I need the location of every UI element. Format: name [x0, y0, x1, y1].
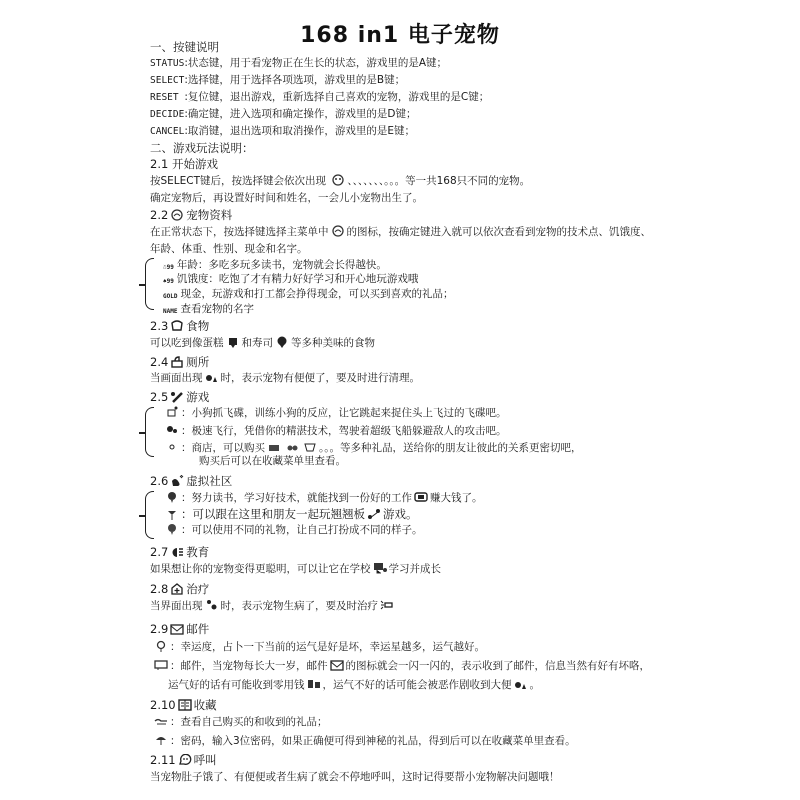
s28-text-a: 当界面出现 — [150, 600, 203, 612]
poop-icon — [514, 678, 528, 690]
section2-heading: 二、游戏玩法说明： — [150, 141, 254, 155]
s24-heading: 2.4厕所 — [150, 355, 209, 369]
s210-heading: 2.10收藏 — [150, 698, 217, 712]
mail-text: ，运气不好的话可能会被恶作剧收到大便 — [323, 679, 512, 691]
s23-text-a: 可以吃到像蛋糕 — [150, 337, 224, 349]
game-text: ：商店，可以购买 — [181, 442, 265, 454]
s211-num: 2.11 — [150, 753, 176, 767]
gift-icon — [303, 441, 317, 453]
mail-icon — [330, 659, 344, 671]
s28-text-b: 时，表示宠物生病了，要及时治疗 — [221, 600, 379, 612]
stat-item-gold: GOLD现金，玩游戏和打工都会挣得现金，可以买到喜欢的礼品； — [163, 287, 453, 301]
s22-line2: 年龄、体重、性别、现金和名字。 — [150, 242, 308, 256]
collection-item-gifts: ：查看自己购买的和收到的礼品； — [152, 715, 328, 729]
seesaw-icon — [367, 508, 381, 520]
collection-text: ：密码，输入3位密码，如果正确便可得到神秘的礼品，得到后可以在收藏菜单里查看。 — [170, 735, 576, 747]
s28-title: 治疗 — [186, 582, 209, 596]
key-row-cancel: CANCEL:取消键，退出选项和取消操作，游戏里的是E键； — [150, 124, 415, 139]
name-icon: NAME — [163, 309, 177, 315]
spaceship-icon — [165, 424, 179, 436]
sushi-icon — [275, 336, 289, 348]
s26-title: 虚拟社区 — [186, 474, 232, 488]
page-title: 168 in1 电子宠物 — [0, 18, 800, 49]
stat-text: 现金，玩游戏和打工都会挣得现金，可以买到喜欢的礼品； — [180, 288, 453, 300]
s27-title: 教育 — [186, 545, 209, 559]
stat-text: 查看宠物的名字 — [180, 303, 254, 315]
age-icon: ☃99 — [163, 265, 174, 271]
s23-title: 食物 — [186, 319, 209, 333]
shop-icon — [165, 441, 179, 453]
s23-line: 可以吃到像蛋糕和寿司等多种美味的食物 — [150, 336, 375, 350]
s22-title: 宠物资料 — [186, 208, 232, 222]
collection-item-password: ：密码，输入3位密码，如果正确便可得到神秘的礼品，得到后可以在收藏菜单里查看。 — [152, 734, 576, 748]
key-row-decide: DECIDE:确定键，进入选项和确定操作，游戏里的是D键； — [150, 107, 416, 122]
community-text: 赚大钱了。 — [430, 492, 483, 504]
key-name: SELECT — [150, 75, 184, 86]
s24-num: 2.4 — [150, 355, 168, 369]
s28-heading: 2.8治疗 — [150, 582, 209, 596]
section1-heading-text: 一、按键说明 — [150, 40, 219, 54]
school-icon — [373, 562, 387, 574]
gift-box-icon — [154, 715, 168, 727]
community-item-seesaw: ：可以跟在这里和朋友一起玩翘翘板游戏。 — [163, 507, 418, 521]
stat-text: 饥饿度：吃饱了才有精力好好学习和开心地玩游戏哦 — [177, 273, 419, 285]
s26-heading: 2.6虚拟社区 — [150, 474, 232, 488]
key-desc: :取消键，退出选项和取消操作，游戏里的是E键； — [184, 125, 415, 137]
mail-text: ：邮件，当宠物每长大一岁，邮件 — [170, 660, 328, 672]
game-text: ：极速飞行，凭借你的精湛技术，驾驶着超级飞船躲避敌人的攻击吧。 — [181, 425, 507, 437]
stat-item-name: NAME查看宠物的名字 — [163, 302, 254, 316]
s22-num: 2.2 — [150, 208, 168, 222]
s22-heading: 2.2宠物资料 — [150, 208, 232, 222]
brace — [145, 407, 154, 457]
stat-text: 年龄：多吃多玩多读书，宠物就会长得越快。 — [177, 259, 387, 271]
pet-list-text: 、、、、、、、。。。等一共168只不同的宠物。 — [347, 175, 530, 187]
s23-text-b: 和寿司 — [242, 337, 274, 349]
dressup-icon — [165, 523, 179, 535]
key-row-reset: RESET :复位键，退出游戏，重新选择自己喜欢的宠物，游戏里的是C键； — [150, 90, 489, 105]
s210-num: 2.10 — [150, 698, 176, 712]
s24-text-b: 时，表示宠物有便便了，要及时进行清理。 — [221, 372, 421, 384]
key-row-status: STATUS:状态键，用于看宠物正在生长的状态，游戏里的是A键； — [150, 56, 447, 71]
medical-icon — [170, 583, 184, 595]
community-text: ：可以使用不同的礼物，让自己打扮成不同的样子。 — [181, 524, 423, 536]
collection-icon — [178, 699, 192, 711]
manual-page: 168 in1 电子宠物 一、按键说明 STATUS:状态键，用于看宠物正在生长… — [0, 0, 800, 800]
s29-num: 2.9 — [150, 622, 168, 636]
s211-title: 呼叫 — [194, 753, 217, 767]
gift-icon — [267, 441, 281, 453]
game-text: ：小狗抓飞碟，训练小狗的反应，让它跳起来捉住头上飞过的飞碟吧。 — [181, 407, 507, 419]
mail-text: 运气好的话有可能收到零用钱 — [168, 679, 305, 691]
game-text: 。。。等多种礼品，送给你的朋友让彼此的关系更密切吧， — [319, 442, 582, 454]
s29-title: 邮件 — [186, 622, 209, 636]
s25-title: 游戏 — [186, 390, 209, 404]
key-desc: :确定键，进入选项和确定操作，游戏里的是D键； — [184, 108, 416, 120]
call-icon — [178, 754, 192, 766]
community-text: 游戏。 — [383, 507, 418, 521]
luck-icon — [154, 640, 168, 652]
s22-text-b: 的图标，按确定键进入就可以依次查看到宠物的技术点、饥饿度、 — [347, 226, 652, 238]
s24-line: 当画面出现时，表示宠物有便便了，要及时进行清理。 — [150, 371, 420, 385]
sick-icon — [205, 599, 219, 611]
s23-heading: 2.3食物 — [150, 319, 209, 333]
s25-num: 2.5 — [150, 390, 168, 404]
poop-icon — [205, 371, 219, 383]
mail-text: ：幸运度，占卜一下当前的运气是好是坏，幸运星越多，运气越好。 — [170, 641, 485, 653]
pet-icon — [331, 174, 345, 186]
s23-text-c: 等多种美味的食物 — [291, 337, 375, 349]
game-item-shop-cont: 购买后可以在收藏菜单里查看。 — [199, 454, 346, 468]
section1-heading: 一、按键说明 — [150, 40, 219, 54]
key-desc: :选择键，用于选择各项选项，游戏里的是B键； — [184, 74, 405, 86]
syringe-icon — [380, 599, 394, 611]
community-item-work: ：努力读书，学习好技术，就能找到一份好的工作赚大钱了。 — [163, 491, 483, 505]
s26-num: 2.6 — [150, 474, 168, 488]
password-icon — [154, 734, 168, 746]
money-icon — [307, 678, 321, 690]
collection-text: ：查看自己购买的和收到的礼品； — [170, 716, 328, 728]
mail-item-mail-cont: 运气好的话有可能收到零用钱，运气不好的话可能会被恶作剧收到大便。 — [168, 678, 540, 692]
study-icon — [165, 491, 179, 503]
s22-text-a: 在正常状态下，按选择键选择主菜单中 — [150, 226, 329, 238]
s24-text-a: 当画面出现 — [150, 372, 203, 384]
key-row-select: SELECT:选择键，用于选择各项选项，游戏里的是B键； — [150, 73, 405, 88]
community-text: ：努力读书，学习好技术，就能找到一份好的工作 — [181, 492, 412, 504]
s21-line2: 确定宠物后，再设置好时间和姓名，一会儿小宠物出生了。 — [150, 191, 423, 205]
game-item-dog: ：小狗抓飞碟，训练小狗的反应，让它跳起来捉住头上飞过的飞碟吧。 — [163, 406, 507, 420]
s22-line1: 在正常状态下，按选择键选择主菜单中的图标，按确定键进入就可以依次查看到宠物的技术… — [150, 225, 651, 239]
hunger-icon: ♠99 — [163, 279, 174, 285]
mail-item-luck: ：幸运度，占卜一下当前的运气是好是坏，幸运星越多，运气越好。 — [152, 640, 485, 654]
work-icon — [414, 491, 428, 503]
s24-title: 厕所 — [186, 355, 209, 369]
stat-item-age: ☃99年龄：多吃多玩多读书，宠物就会长得越快。 — [163, 258, 387, 272]
mail-text: 的图标就会一闪一闪的，表示收到了邮件，信息当然有好有坏咯， — [346, 660, 651, 672]
s27-text-b: 学习并成长 — [389, 563, 442, 575]
game-item-spaceship: ：极速飞行，凭借你的精湛技术，驾驶着超级飞船躲避敌人的攻击吧。 — [163, 424, 507, 438]
gold-icon: GOLD — [163, 294, 177, 300]
playground-icon — [165, 508, 179, 520]
mail-item-mail: ：邮件，当宠物每长大一岁，邮件的图标就会一闪一闪的，表示收到了邮件，信息当然有好… — [152, 659, 650, 673]
s25-heading: 2.5游戏 — [150, 390, 209, 404]
key-name: RESET — [150, 92, 184, 103]
cake-icon — [226, 336, 240, 348]
brace — [145, 258, 154, 310]
s21-line1: 按SELECT键后，按选择键会依次出现 、、、、、、、。。。等一共168只不同的… — [150, 174, 530, 188]
s28-line: 当界面出现时，表示宠物生病了，要及时治疗 — [150, 599, 396, 613]
mail-text: 。 — [530, 679, 541, 691]
gift-icon — [285, 441, 299, 453]
education-icon — [170, 546, 184, 558]
s27-heading: 2.7教育 — [150, 545, 209, 559]
s27-num: 2.7 — [150, 545, 168, 559]
s21-heading: 2.1 开始游戏 — [150, 157, 218, 171]
s29-heading: 2.9邮件 — [150, 622, 209, 636]
brace — [145, 491, 154, 539]
food-icon — [170, 320, 184, 332]
key-name: DECIDE — [150, 109, 184, 120]
pet-status-icon — [170, 209, 184, 221]
dog-frisbee-icon — [165, 406, 179, 418]
s28-num: 2.8 — [150, 582, 168, 596]
s23-num: 2.3 — [150, 319, 168, 333]
community-icon — [170, 475, 184, 487]
s211-heading: 2.11呼叫 — [150, 753, 217, 767]
key-name: STATUS — [150, 58, 184, 69]
s27-text-a: 如果想让你的宠物变得更聪明，可以让它在学校 — [150, 563, 371, 575]
game-icon — [170, 391, 184, 403]
s210-title: 收藏 — [194, 698, 217, 712]
s21-text-a: 按SELECT键后，按选择键会依次出现 — [150, 175, 326, 187]
key-desc: :状态键，用于看宠物正在生长的状态，游戏里的是A键； — [184, 57, 447, 69]
key-name: CANCEL — [150, 126, 184, 137]
toilet-icon — [170, 356, 184, 368]
stat-item-hunger: ♠99饥饿度：吃饱了才有精力好好学习和开心地玩游戏哦 — [163, 272, 418, 286]
s211-line: 当宠物肚子饿了、有便便或者生病了就会不停地呼叫，这时记得要帮小宠物解决问题哦！ — [150, 770, 560, 784]
pet-status-icon — [331, 225, 345, 237]
key-desc: :复位键，退出游戏，重新选择自己喜欢的宠物，游戏里的是C键； — [184, 91, 489, 103]
community-text: ：可以跟在这里和朋友一起玩翘翘板 — [181, 507, 365, 521]
game-item-shop: ：商店，可以购买。。。等多种礼品，送给你的朋友让彼此的关系更密切吧， — [163, 441, 582, 455]
community-item-dressup: ：可以使用不同的礼物，让自己打扮成不同的样子。 — [163, 523, 423, 537]
mail-icon — [170, 623, 184, 635]
mailbox-icon — [154, 659, 168, 671]
s27-line: 如果想让你的宠物变得更聪明，可以让它在学校学习并成长 — [150, 562, 441, 576]
